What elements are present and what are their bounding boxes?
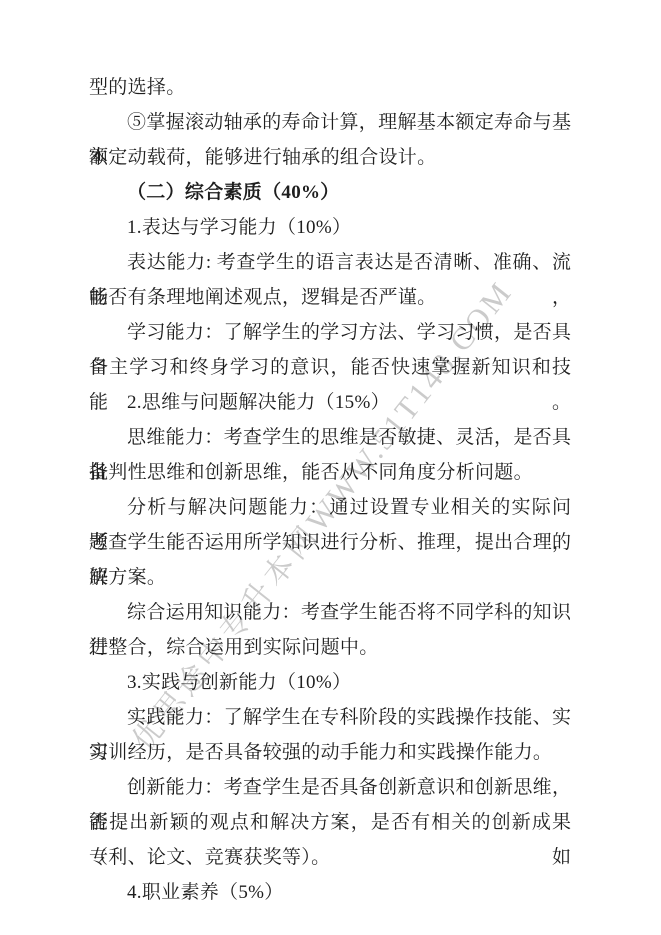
text-line: 批判性思维和创新思维，能否从不同角度分析问题。 [89,455,571,490]
text-line: 型的选择。 [89,70,571,105]
document-page: 优思途中专升本网WWW.51T148.COM 型的选择。⑤掌握滚动轴承的寿命计算… [0,0,661,935]
text-line: 综合运用知识能力：考查学生能否将不同学科的知识进 [89,595,571,630]
text-line: 1.表达与学习能力（10%） [89,210,571,245]
text-line: 考查学生能否运用所学知识进行分析、推理，提出合理的解 [89,525,571,560]
text-line: ⑤掌握滚动轴承的寿命计算，理解基本额定寿命与基本 [89,105,571,140]
document-body: 型的选择。⑤掌握滚动轴承的寿命计算，理解基本额定寿命与基本额定动载荷，能够进行轴… [89,70,571,910]
text-line: 实训经历，是否具备较强的动手能力和实践操作能力。 [89,735,571,770]
text-line: 创新能力：考查学生是否具备创新意识和创新思维，能 [89,770,571,805]
text-line: 思维能力：考查学生的思维是否敏捷、灵活，是否具备 [89,420,571,455]
text-line: 额定动载荷，能够进行轴承的组合设计。 [89,140,571,175]
text-line: 分析与解决问题能力：通过设置专业相关的实际问题， [89,490,571,525]
text-line: 行整合，综合运用到实际问题中。 [89,630,571,665]
text-line: 学习能力：了解学生的学习方法、学习习惯，是否具备 [89,315,571,350]
text-line: 决方案。 [89,560,571,595]
text-line: 表达能力: 考查学生的语言表达是否清晰、准确、流畅， [89,245,571,280]
text-line: 实践能力：了解学生在专科阶段的实践操作技能、实习 [89,700,571,735]
text-line: 3.实践与创新能力（10%） [89,665,571,700]
text-line: 自主学习和终身学习的意识，能否快速掌握新知识和技能。 [89,350,571,385]
text-line: 否提出新颖的观点和解决方案，是否有相关的创新成果（如 [89,805,571,840]
section-heading-line: （二）综合素质（40%） [89,175,571,210]
text-line: 4.职业素养（5%） [89,875,571,910]
